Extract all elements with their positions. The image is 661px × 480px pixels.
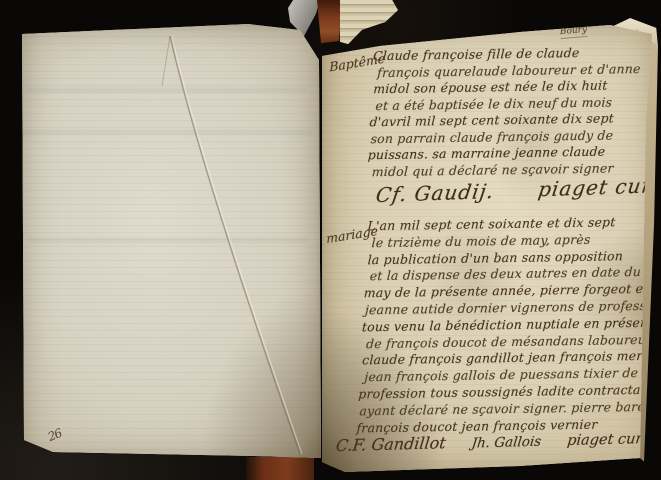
right-page: Boury Baptême Claude françoise fille de … — [320, 20, 660, 476]
paper-stain — [22, 130, 312, 134]
register-scan: 26 Boury Baptême Claude françoise fille … — [0, 0, 661, 480]
crease-lines — [18, 22, 322, 464]
paper-stain — [26, 88, 306, 92]
top-margin-annotation: Boury — [560, 25, 588, 39]
baptism-entry-text: Claude françoise fille de claude françoi… — [366, 44, 661, 181]
page-vignette — [18, 22, 322, 464]
paper-stain — [28, 238, 308, 243]
marriage-entry-text: L'an mil sept cent soixante et dix sept … — [356, 214, 661, 437]
book-spine-bottom — [246, 457, 314, 480]
page-corner-mark: 26 — [46, 426, 64, 444]
signature-piaget-cure: piaget curé — [566, 431, 652, 449]
signature-gandillot: C.F. Gandillot — [335, 433, 447, 455]
left-page: 26 — [18, 22, 322, 464]
book-spine-top — [317, 0, 342, 45]
paper-texture — [18, 22, 322, 464]
page-edge-stack-top — [340, 0, 398, 46]
signature-gallois: Jh. Gallois — [471, 434, 542, 452]
